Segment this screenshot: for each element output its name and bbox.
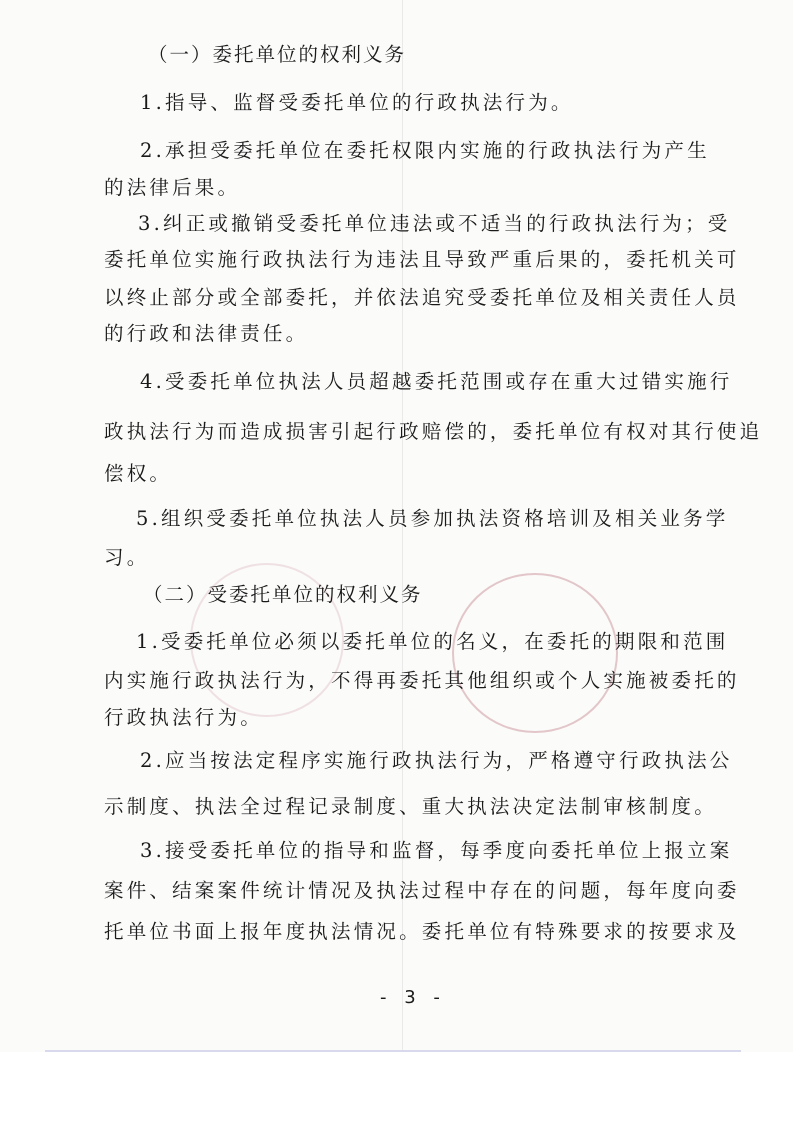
paragraph-line: 行政执法行为。 [104,706,263,730]
paragraph-line: 以终止部分或全部委托，并依法追究受委托单位及相关责任人员 [104,286,740,310]
paragraph-line: 托单位书面上报年度执法情况。委托单位有特殊要求的按要求及 [104,920,740,944]
paragraph-line: 政执法行为而造成损害引起行政赔偿的，委托单位有权对其行使追 [104,420,762,444]
paragraph-line: 内实施行政执法行为，不得再委托其他组织或个人实施被委托的 [104,669,740,693]
paragraph-line: 3.接受委托单位的指导和监督，每季度向委托单位上报立案 [140,839,733,863]
paragraph-line: 5.组织受委托单位执法人员参加执法资格培训及相关业务学 [136,507,729,531]
paragraph-line: 委托单位实施行政执法行为违法且导致严重后果的，委托机关可 [104,248,740,272]
paragraph-line: 习。 [104,546,149,570]
paragraph-line: 案件、结案案件统计情况及执法过程中存在的问题，每年度向委 [104,879,740,903]
paragraph-line: 2.承担受委托单位在委托权限内实施的行政执法行为产生 [140,139,710,163]
page-number: - 3 - [380,987,446,1008]
paragraph-line: 3.纠正或撤销受委托单位违法或不适当的行政执法行为；受 [138,212,731,236]
section-heading-1: （一）委托单位的权利义务 [148,43,406,67]
section-heading-2: （二）受委托单位的权利义务 [143,583,423,607]
paragraph-line: 1.指导、监督受委托单位的行政执法行为。 [140,91,574,115]
paragraph-line: 2.应当按法定程序实施行政执法行为，严格遵守行政执法公 [140,749,733,773]
paragraph-line: 1.受委托单位必须以委托单位的名义，在委托的期限和范围 [136,630,729,654]
paragraph-line: 偿权。 [104,462,172,486]
paper-bottom-edge [45,1050,741,1052]
paragraph-line: 示制度、执法全过程记录制度、重大执法决定法制审核制度。 [104,795,717,819]
paragraph-line: 的法律后果。 [104,176,240,200]
paragraph-line: 的行政和法律责任。 [104,322,308,346]
paragraph-line: 4.受委托单位执法人员超越委托范围或存在重大过错实施行 [140,370,733,394]
